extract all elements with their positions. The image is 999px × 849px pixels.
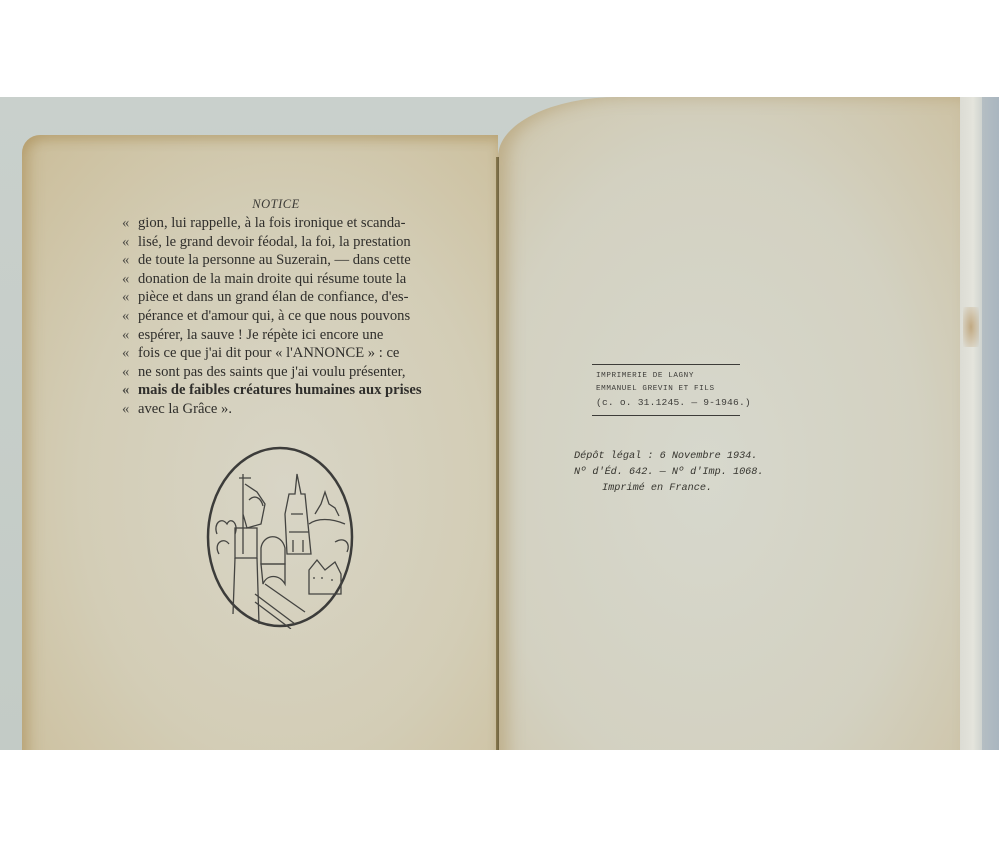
printer-code: (c. o. 31.1245. — 9-1946.) bbox=[596, 396, 736, 409]
line-text: ne sont pas des saints que j'ai voulu pr… bbox=[138, 363, 406, 382]
line-text: mais de faibles créatures humaines aux p… bbox=[138, 381, 422, 400]
page-block-edge bbox=[960, 97, 982, 750]
running-header: NOTICE bbox=[236, 197, 316, 212]
text-line: «gion, lui rappelle, à la fois ironique … bbox=[122, 214, 446, 233]
book-gutter bbox=[496, 157, 499, 750]
text-line: «lisé, le grand devoir féodal, la foi, l… bbox=[122, 233, 446, 252]
text-line: «espérer, la sauve ! Je répète ici encor… bbox=[122, 326, 446, 345]
cover-edge bbox=[982, 97, 999, 750]
line-text: pérance et d'amour qui, à ce que nous po… bbox=[138, 307, 410, 326]
printer-owner: EMMANUEL GREVIN ET FILS bbox=[596, 383, 736, 396]
line-text: fois ce que j'ai dit pour « l'ANNONCE » … bbox=[138, 344, 399, 363]
line-text: lisé, le grand devoir féodal, la foi, la… bbox=[138, 233, 411, 252]
guillemet: « bbox=[122, 344, 138, 363]
right-page bbox=[498, 97, 960, 750]
text-line: «pérance et d'amour qui, à ce que nous p… bbox=[122, 307, 446, 326]
line-text: de toute la personne au Suzerain, — dans… bbox=[138, 251, 411, 270]
guillemet: « bbox=[122, 307, 138, 326]
line-text: pièce et dans un grand élan de confiance… bbox=[138, 288, 408, 307]
notice-text: «gion, lui rappelle, à la fois ironique … bbox=[122, 214, 446, 419]
text-line: «mais de faibles créatures humaines aux … bbox=[122, 381, 446, 400]
foxing-stain bbox=[963, 307, 979, 347]
guillemet: « bbox=[122, 326, 138, 345]
engraving-emblem-icon bbox=[205, 444, 355, 629]
text-line: «donation de la main droite qui résume t… bbox=[122, 270, 446, 289]
legal-deposit: Dépôt légal : 6 Novembre 1934. Nº d'Éd. … bbox=[574, 449, 794, 497]
legal-deposit-date: Dépôt légal : 6 Novembre 1934. bbox=[574, 449, 794, 465]
line-text: avec la Grâce ». bbox=[138, 400, 232, 419]
guillemet: « bbox=[122, 363, 138, 382]
text-line: «ne sont pas des saints que j'ai voulu p… bbox=[122, 363, 446, 382]
guillemet: « bbox=[122, 288, 138, 307]
guillemet: « bbox=[122, 214, 138, 233]
stamp-rule-bottom bbox=[592, 415, 740, 416]
line-text: gion, lui rappelle, à la fois ironique e… bbox=[138, 214, 405, 233]
stamp-rule-top bbox=[592, 364, 740, 365]
guillemet: « bbox=[122, 233, 138, 252]
guillemet: « bbox=[122, 251, 138, 270]
text-line: «fois ce que j'ai dit pour « l'ANNONCE »… bbox=[122, 344, 446, 363]
printer-name: IMPRIMERIE DE LAGNY bbox=[596, 370, 736, 383]
printed-in-france: Imprimé en France. bbox=[574, 481, 794, 497]
guillemet: « bbox=[122, 400, 138, 419]
printer-stamp: IMPRIMERIE DE LAGNY EMMANUEL GREVIN ET F… bbox=[596, 364, 736, 416]
book-photo: NOTICE «gion, lui rappelle, à la fois ir… bbox=[0, 97, 999, 750]
text-line: «avec la Grâce ». bbox=[122, 400, 446, 419]
line-text: espérer, la sauve ! Je répète ici encore… bbox=[138, 326, 383, 345]
edition-print-numbers: Nº d'Éd. 642. — Nº d'Imp. 1068. bbox=[574, 465, 794, 481]
text-line: «de toute la personne au Suzerain, — dan… bbox=[122, 251, 446, 270]
guillemet: « bbox=[122, 270, 138, 289]
text-line: «pièce et dans un grand élan de confianc… bbox=[122, 288, 446, 307]
line-text: donation de la main droite qui résume to… bbox=[138, 270, 406, 289]
guillemet: « bbox=[122, 381, 138, 400]
